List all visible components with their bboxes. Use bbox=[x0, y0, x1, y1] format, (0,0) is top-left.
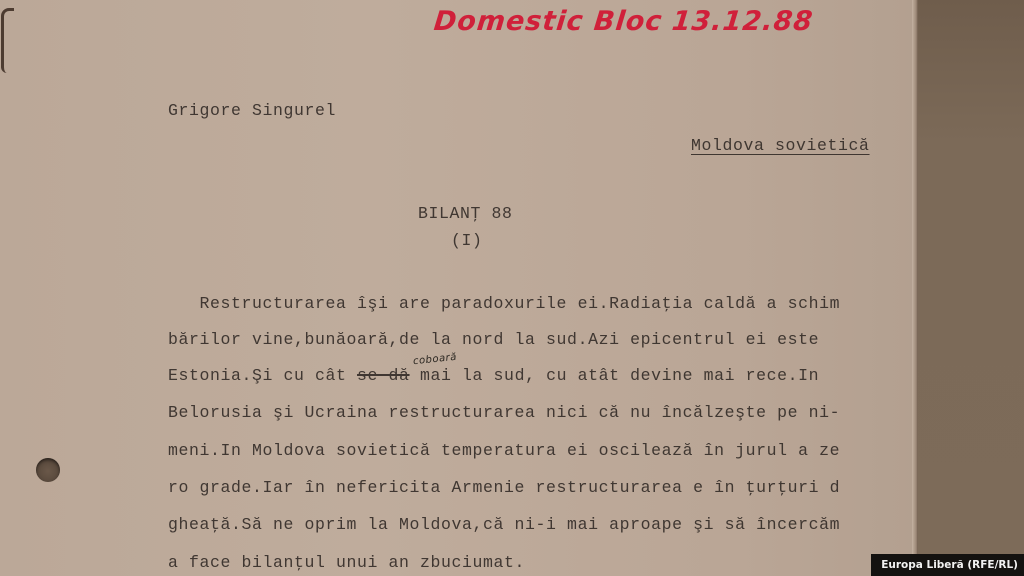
watermark-credit: Europa Liberă (RFE/RL) bbox=[871, 554, 1024, 576]
handwritten-correction: coboară bbox=[413, 352, 458, 368]
body-line: ro grade.Iar în nefericita Armenie restr… bbox=[168, 478, 840, 497]
author-name: Grigore Singurel bbox=[168, 101, 336, 120]
handwritten-date: 13.12.88 bbox=[670, 6, 814, 37]
document-part: (I) bbox=[451, 231, 483, 250]
publication-name: Moldova sovietică bbox=[691, 136, 870, 155]
body-line: Belorusia şi Ucraina restructurarea nici… bbox=[168, 403, 840, 422]
struck-text: se dă bbox=[357, 366, 410, 385]
typewritten-page: Domestic Bloc 13.12.88 Grigore Singurel … bbox=[0, 0, 916, 576]
document-title: BILANŢ 88 bbox=[418, 204, 513, 223]
background-surface bbox=[918, 0, 1024, 576]
body-text: mai la sud, cu atât devine mai rece.In bbox=[410, 366, 820, 385]
punch-hole bbox=[36, 458, 60, 482]
body-line: meni.In Moldova sovietică temperatura ei… bbox=[168, 441, 840, 460]
body-line: a face bilanţul unui an zbuciumat. bbox=[168, 553, 525, 572]
body-line: gheaţă.Să ne oprim la Moldova,că ni-i ma… bbox=[168, 515, 840, 534]
pencil-bracket-mark bbox=[1, 8, 14, 73]
handwritten-category: Domestic Bloc bbox=[432, 6, 664, 37]
body-text: Estonia.Şi cu cât bbox=[168, 366, 357, 385]
body-line: bărilor vine,bunăoară,de la nord la sud.… bbox=[168, 330, 819, 349]
body-line: Estonia.Şi cu cât se dă mai la sud, cu a… bbox=[168, 366, 819, 385]
body-line: Restructurarea îşi are paradoxurile ei.R… bbox=[168, 294, 840, 313]
